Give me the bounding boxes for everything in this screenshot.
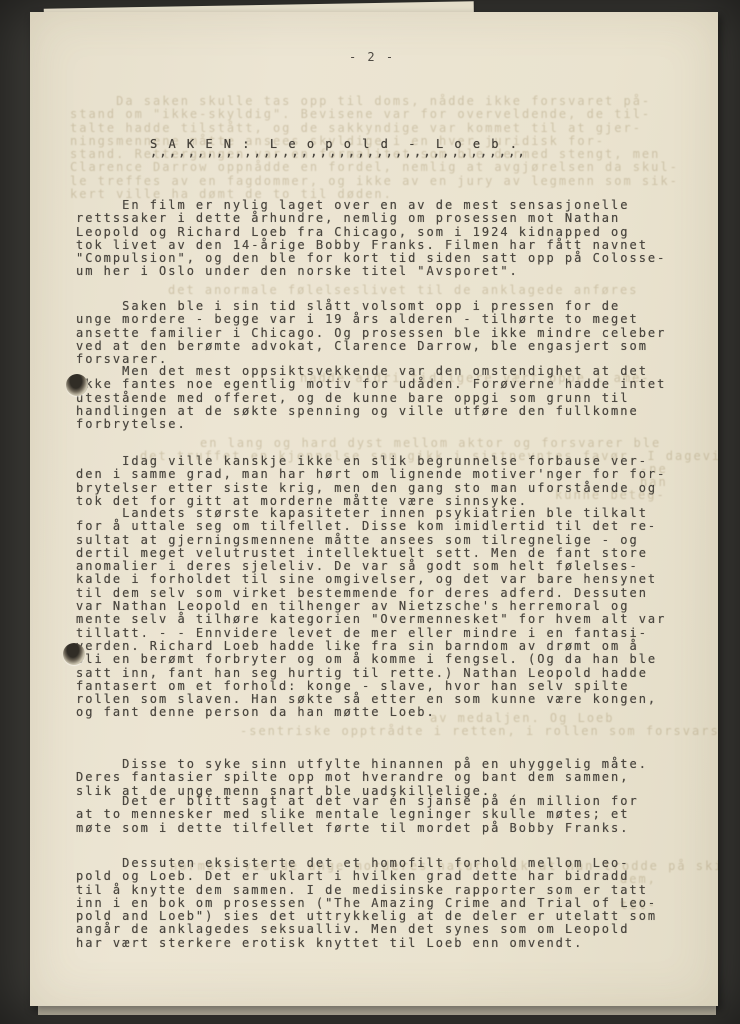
hole-punch-bottom <box>63 643 85 665</box>
bottom-sheet-edge <box>38 1006 716 1015</box>
paragraph: Landets største kapasiteter innen psykia… <box>76 507 696 720</box>
title-underline: ,,,,,,,,,,,,,,,,,,,,,,,,,,,,,,,,,,,,,,,, <box>150 145 527 159</box>
paragraph: Idag ville kanskje ikke en slik begrunne… <box>76 455 696 508</box>
paragraph: Saken ble i sin tid slått volsomt opp i … <box>76 300 696 366</box>
paragraph: Det er blitt sagt at det var én sjanse p… <box>76 795 696 835</box>
paragraph: Disse to syke sinn utfylte hinannen på e… <box>76 758 696 798</box>
paragraph: En film er nylig laget over en av de mes… <box>76 199 696 279</box>
scan-backdrop: Da saken skulle tas opp til doms, nådde … <box>0 0 740 1024</box>
ghost-text-fragment: -sentriske opptrådte i retten, i rollen … <box>240 725 718 738</box>
paragraph: Dessuten eksisterte det et homofilt forh… <box>76 857 696 950</box>
paragraph: Men det mest oppsiktsvekkende var den om… <box>76 365 696 431</box>
page-number: - 2 - <box>76 50 668 64</box>
ghost-text-fragment: det anormale følelseslivet til de anklag… <box>168 284 638 297</box>
hole-punch-top <box>66 374 88 396</box>
paper-sheet: Da saken skulle tas opp til doms, nådde … <box>30 12 718 1006</box>
